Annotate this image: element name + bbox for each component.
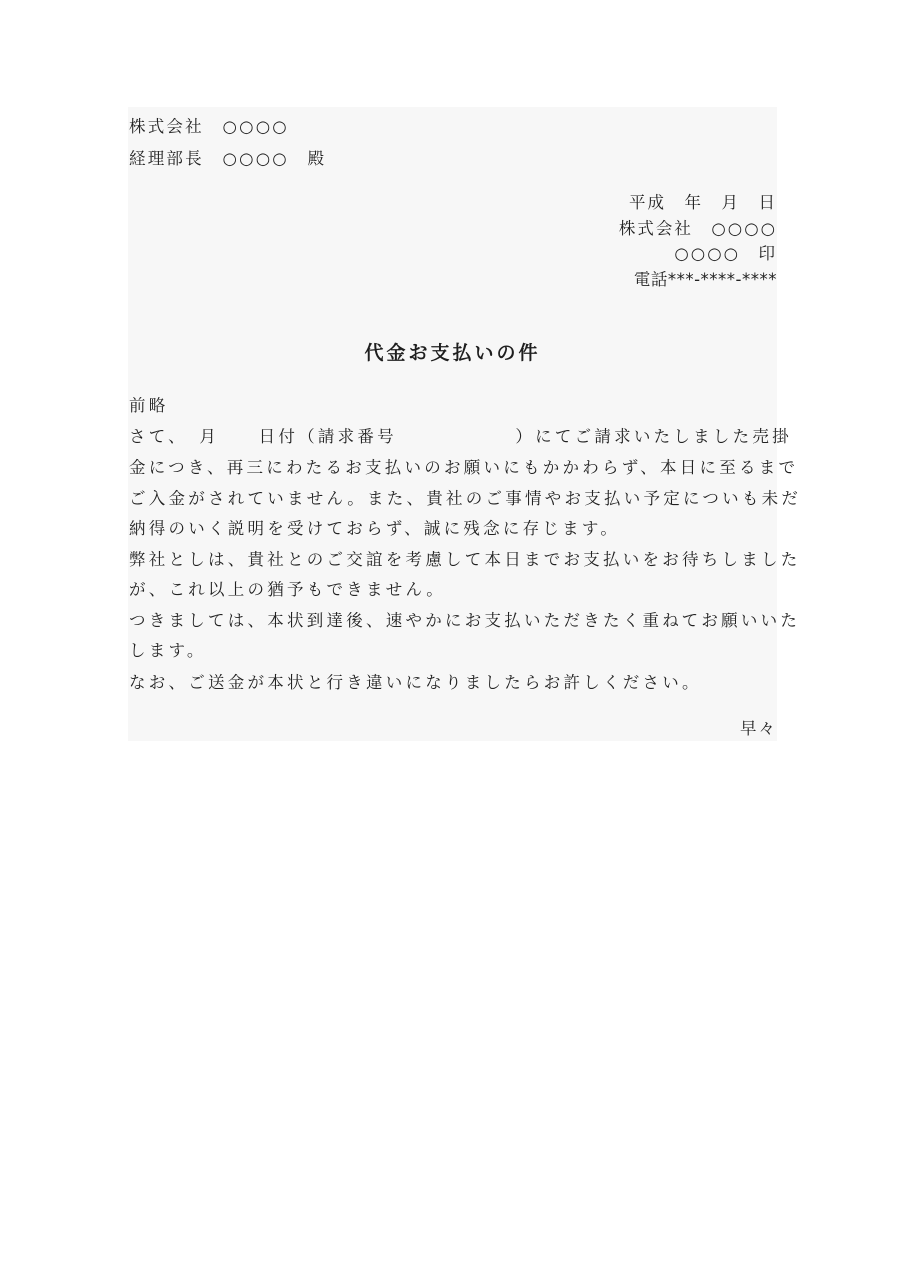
sender-name-seal: ○○○○ 印 bbox=[674, 244, 777, 264]
recipient-person: 経理部長 ○○○○ 殿 bbox=[129, 149, 326, 169]
body-line-2: 金につき、再三にわたるお支払いのお願いにもかかわらず、本日に至るまで bbox=[129, 458, 798, 478]
body-line-6: が、これ以上の猶予もできません。 bbox=[129, 580, 446, 600]
opening-greeting: 前略 bbox=[129, 396, 169, 416]
sender-date: 平成 年 月 日 bbox=[629, 193, 777, 213]
body-line-5: 弊社としは、貴社とのご交誼を考慮して本日までお支払いをお待ちしました bbox=[129, 550, 801, 570]
sender-company: 株式会社 ○○○○ bbox=[619, 219, 777, 239]
recipient-company: 株式会社 ○○○○ bbox=[129, 117, 289, 137]
body-line-1: さて、 月 日付（請求番号 ）にてご請求いたしました売掛 bbox=[129, 427, 792, 447]
closing-phrase: 早々 bbox=[740, 719, 777, 739]
body-line-4: 納得のいく説明を受けておらず、誠に残念に存じます。 bbox=[129, 519, 620, 539]
body-line-8: します。 bbox=[129, 641, 207, 661]
body-line-3: ご入金がされていません。また、貴社のご事情やお支払い予定についも未だ bbox=[129, 489, 801, 509]
sender-phone: 電話***-****-**** bbox=[634, 270, 777, 290]
body-line-9: なお、ご送金が本状と行き違いになりましたらお許しください。 bbox=[129, 673, 702, 693]
body-line-7: つきましては、本状到達後、速やかにお支払いただきたく重ねてお願いいた bbox=[129, 611, 800, 631]
letter-title: 代金お支払いの件 bbox=[128, 341, 777, 365]
